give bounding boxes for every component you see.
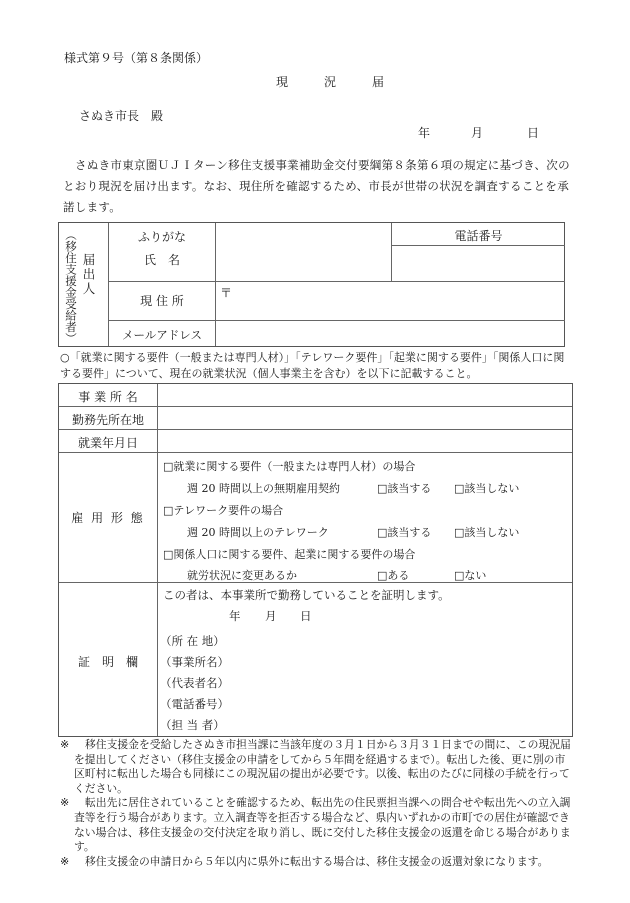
footnotes: ※ 移住支援金を受給したさぬき市担当課に当該年度の３月１日から３月３１日までの間… <box>60 738 575 869</box>
email-input[interactable] <box>221 323 563 345</box>
date-month-label: 月 <box>471 124 483 141</box>
note-mark: ※ <box>60 796 69 811</box>
divider <box>391 245 565 246</box>
certification-statement: この者は、本事業所で勤務していることを証明します。 <box>163 587 450 603</box>
divider <box>59 452 572 453</box>
applicant-side-label: 届出人 <box>82 253 94 323</box>
office-name-input[interactable] <box>163 387 567 406</box>
office-name-label: 事 業 所 名 <box>59 388 157 405</box>
footnote-text: 移住支援金を受給したさぬき市担当課に当該年度の３月１日から３月３１日までの間に、… <box>74 738 575 796</box>
employment-date-input[interactable] <box>163 433 567 452</box>
checkbox-related-population-requirement[interactable]: □関係人口に関する要件、起業に関する要件の場合 <box>163 546 415 562</box>
divider <box>215 223 216 346</box>
question-indefinite-contract: 週 20 時間以上の無期雇用契約 <box>187 480 340 496</box>
furigana-input[interactable] <box>221 227 390 245</box>
footnote: ※ 移住支援金を受給したさぬき市担当課に当該年度の３月１日から３月３１日までの間… <box>60 738 575 796</box>
workplace-address-input[interactable] <box>163 410 567 429</box>
cert-field-location: （所 在 地） <box>160 633 225 649</box>
addressee: さぬき市長 殿 <box>79 107 163 124</box>
footnote-text: 移住支援金の申請日から５年以内に県外に転出する場合は、移住支援金の返還対象になり… <box>74 855 575 870</box>
employment-date-label: 就業年月日 <box>59 434 157 451</box>
question-work-status-change: 就労状況に変更あるか <box>187 567 297 583</box>
employment-table: 事 業 所 名 勤務先所在地 就業年月日 雇 用 形 態 □就業に関する要件（一… <box>58 383 573 737</box>
checkbox-applicable[interactable]: □該当する <box>377 480 431 496</box>
date-day-label: 日 <box>527 124 539 141</box>
phone-label: 電話番号 <box>392 227 565 244</box>
checkbox-no[interactable]: □ない <box>454 567 486 583</box>
address-label: 現 住 所 <box>109 292 215 309</box>
cert-date-day: 日 <box>300 608 312 624</box>
checkbox-not-applicable[interactable]: □該当しない <box>454 480 519 496</box>
divider <box>108 320 565 321</box>
note-mark: ※ <box>60 738 69 753</box>
email-label: メールアドレス <box>109 327 215 343</box>
checkbox-general-requirement[interactable]: □就業に関する要件（一般または専門人材）の場合 <box>163 458 415 474</box>
cert-field-phone: （電話番号） <box>160 696 229 712</box>
question-telework: 週 20 時間以上のテレワーク <box>187 524 329 540</box>
name-label: 氏 名 <box>109 251 215 268</box>
checkbox-yes[interactable]: □ある <box>377 567 409 583</box>
divider <box>59 582 572 583</box>
phone-input[interactable] <box>397 250 563 276</box>
certification-label: 証 明 欄 <box>59 653 157 670</box>
employment-note: ○「就業に関する要件（一般または専門人材）」「テレワーク要件」「起業に関する要件… <box>60 350 575 382</box>
note-mark: ※ <box>60 855 69 870</box>
employment-type-label: 雇 用 形 態 <box>59 509 157 526</box>
postal-mark: 〒 <box>220 284 232 301</box>
cert-date-year: 年 <box>229 608 241 624</box>
date-year-label: 年 <box>418 124 430 141</box>
divider <box>59 429 572 430</box>
footnote: ※ 転出先に居住されていることを確認するため、転出先の住民票担当課への問合せや転… <box>60 796 575 854</box>
intro-text: さぬき市東京圏ＵＪＩターン移住支援事業補助金交付要綱第８条第６項の規定に基づき、… <box>63 155 573 218</box>
applicant-table: （移住支援金受給者） 届出人 ふりがな 氏 名 電話番号 現 住 所 〒 メール… <box>58 222 565 347</box>
checkbox-applicable[interactable]: □該当する <box>377 524 431 540</box>
page-title: 現 況 届 <box>276 73 396 90</box>
name-input[interactable] <box>221 251 390 275</box>
cert-field-representative: （代表者名） <box>160 675 229 691</box>
form-number: 様式第９号（第８条関係） <box>64 49 208 66</box>
footnote: ※ 移住支援金の申請日から５年以内に県外に転出する場合は、移住支援金の返還対象に… <box>60 855 575 870</box>
checkbox-not-applicable[interactable]: □該当しない <box>454 524 519 540</box>
divider <box>59 406 572 407</box>
divider <box>157 384 158 736</box>
recipient-side-label: （移住支援金受給者） <box>65 229 77 341</box>
workplace-address-label: 勤務先所在地 <box>59 411 157 428</box>
divider <box>108 281 565 282</box>
cert-field-office-name: （事業所名） <box>160 654 229 670</box>
cert-field-contact-person: （担 当 者） <box>160 717 225 733</box>
furigana-label: ふりがな <box>109 228 215 245</box>
cert-date-month: 月 <box>265 608 277 624</box>
address-input[interactable] <box>235 285 564 317</box>
footnote-text: 転出先に居住されていることを確認するため、転出先の住民票担当課への問合せや転出先… <box>74 796 575 854</box>
checkbox-telework-requirement[interactable]: □テレワーク要件の場合 <box>163 502 283 518</box>
